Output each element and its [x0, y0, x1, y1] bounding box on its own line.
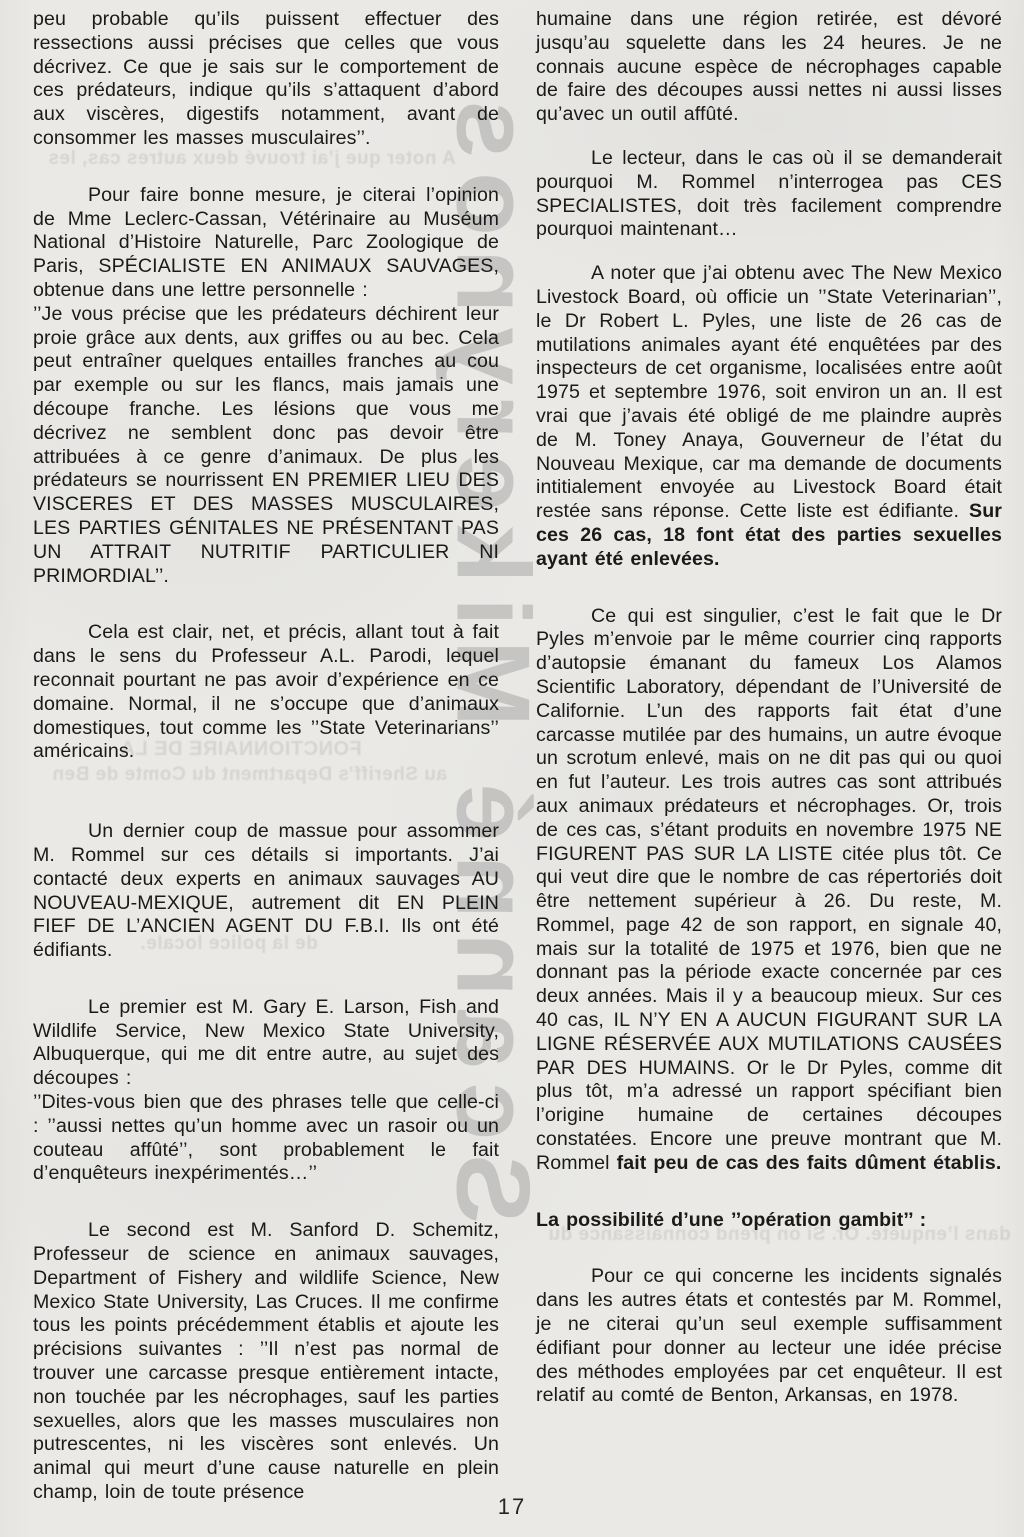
text-segment: Pour ce qui concerne les incidents signa…	[536, 1265, 1002, 1406]
paragraph: Ce qui est singulier, c’est le fait que …	[536, 605, 1002, 1176]
paragraph: Pour faire bonne mesure, je citerai l’op…	[33, 184, 499, 303]
text-segment: Le premier est M. Gary E. Larson, Fish a…	[33, 996, 499, 1089]
paragraph: A noter que j’ai obtenu avec The New Mex…	[536, 262, 1002, 571]
text-segment: peu probable qu’ils puissent effectuer d…	[33, 8, 499, 149]
paragraph: Le lecteur, dans le cas où il se demande…	[536, 147, 1002, 242]
text-segment: Ce qui est singulier, c’est le fait que …	[536, 605, 1002, 1174]
section-heading: La possibilité d’une ’’opération gambit’…	[536, 1209, 1002, 1233]
text-segment: humaine dans une région retirée, est dév…	[536, 8, 1002, 125]
text-segment: Pour faire bonne mesure, je citerai l’op…	[33, 184, 499, 301]
bold-text-segment: La possibilité d’une ’’opération gambit’…	[536, 1209, 926, 1231]
paragraph: Pour ce qui concerne les incidents signa…	[536, 1265, 1002, 1408]
text-column-left: peu probable qu’ils puissent effectuer d…	[33, 8, 499, 1505]
paragraph: Le premier est M. Gary E. Larson, Fish a…	[33, 996, 499, 1091]
text-segment: Le lecteur, dans le cas où il se demande…	[536, 147, 1002, 240]
text-segment: ’’Je vous précise que les prédateurs déc…	[33, 303, 499, 587]
paragraph: ’’Je vous précise que les prédateurs déc…	[33, 303, 499, 589]
paragraph: Un dernier coup de massue pour assommer …	[33, 820, 499, 963]
text-segment: Un dernier coup de massue pour assommer …	[33, 820, 499, 961]
scanned-page: { "page": { "number": "17" }, "watermark…	[0, 0, 1024, 1537]
text-segment: Le second est M. Sanford D. Schemitz, Pr…	[33, 1219, 499, 1503]
paragraph: humaine dans une région retirée, est dév…	[536, 8, 1002, 127]
text-segment: ’’Dites-vous bien que des phrases telle …	[33, 1091, 499, 1184]
bold-text-segment: fait peu de cas des faits dûment établis…	[617, 1152, 1002, 1174]
paragraph: Cela est clair, net, et précis, allant t…	[33, 621, 499, 764]
paragraph: Le second est M. Sanford D. Schemitz, Pr…	[33, 1219, 499, 1505]
text-segment: A noter que j’ai obtenu avec The New Mex…	[536, 262, 1002, 522]
paragraph: peu probable qu’ils puissent effectuer d…	[33, 8, 499, 151]
text-segment: Cela est clair, net, et précis, allant t…	[33, 621, 499, 762]
text-column-right: humaine dans une région retirée, est dév…	[536, 8, 1002, 1408]
paragraph: ’’Dites-vous bien que des phrases telle …	[33, 1091, 499, 1186]
